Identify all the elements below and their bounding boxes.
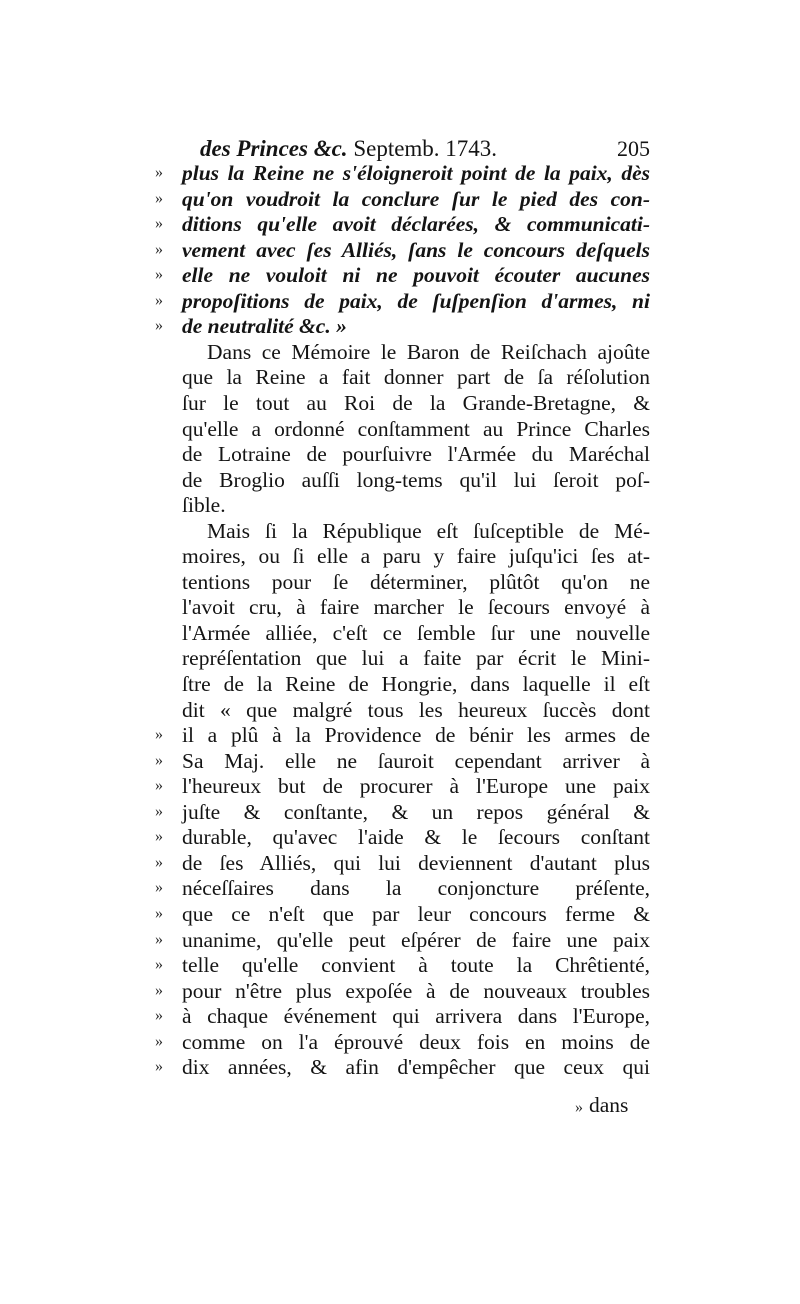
text-line: de Lotraine de pourſuivre l'Armée du Mar… bbox=[155, 441, 650, 467]
line-text: dit « que malgré tous les heureux ſuccès… bbox=[182, 697, 650, 723]
line-text: pour n'être plus expoſée à de nouveaux t… bbox=[182, 978, 650, 1004]
text-line: de Broglio auſſi long-tems qu'il lui ſer… bbox=[155, 467, 650, 493]
line-text: Dans ce Mémoire le Baron de Reiſchach aj… bbox=[207, 339, 650, 365]
line-text: qu'elle a ordonné conſtamment au Prince … bbox=[182, 416, 650, 442]
line-text: de neutralité &c. » bbox=[182, 313, 650, 339]
line-text: ditions qu'elle avoit déclarées, & commu… bbox=[182, 211, 650, 237]
text-line: l'Armée alliée, c'eſt ce ſemble ſur une … bbox=[155, 620, 650, 646]
text-line: »comme on l'a éprouvé deux fois en moins… bbox=[155, 1029, 650, 1055]
line-text: moires, ou ſi elle a paru y faire juſqu'… bbox=[182, 543, 650, 569]
text-line: repréſentation que lui a faite par écrit… bbox=[155, 645, 650, 671]
quote-marker: » bbox=[155, 978, 181, 1004]
line-text: l'heureux but de procurer à l'Europe une… bbox=[182, 773, 650, 799]
catchword-text: dans bbox=[589, 1093, 628, 1117]
line-text: Mais ſi la République eſt ſuſceptible de… bbox=[207, 518, 650, 544]
text-line: Mais ſi la République eſt ſuſceptible de… bbox=[180, 518, 650, 544]
text-line: »vement avec ſes Alliés, ſans le concour… bbox=[155, 237, 650, 263]
quote-marker: » bbox=[155, 1029, 181, 1055]
text-line: »que ce n'eſt que par leur concours ferm… bbox=[155, 901, 650, 927]
text-line: »pour n'être plus expoſée à de nouveaux … bbox=[155, 978, 650, 1004]
text-line: »ditions qu'elle avoit déclarées, & comm… bbox=[155, 211, 650, 237]
line-text: que ce n'eſt que par leur concours ferme… bbox=[182, 901, 650, 927]
line-text: l'Armée alliée, c'eſt ce ſemble ſur une … bbox=[182, 620, 650, 646]
quote-marker: » bbox=[155, 211, 181, 237]
running-title-date: Septemb. 1743. bbox=[353, 136, 497, 161]
line-text: Sa Maj. elle ne ſauroit cependant arrive… bbox=[182, 748, 650, 774]
text-line: ſible. bbox=[155, 492, 650, 518]
quote-marker: » bbox=[155, 824, 181, 850]
line-text: de Broglio auſſi long-tems qu'il lui ſer… bbox=[182, 467, 650, 493]
line-text: vement avec ſes Alliés, ſans le concours… bbox=[182, 237, 650, 263]
text-line: »telle qu'elle convient à toute la Chrêt… bbox=[155, 952, 650, 978]
text-line: »l'heureux but de procurer à l'Europe un… bbox=[155, 773, 650, 799]
quote-marker: » bbox=[155, 773, 181, 799]
text-line: Dans ce Mémoire le Baron de Reiſchach aj… bbox=[180, 339, 650, 365]
line-text: ſur le tout au Roi de la Grande-Bretagne… bbox=[182, 390, 650, 416]
text-line: »unanime, qu'elle peut eſpérer de faire … bbox=[155, 927, 650, 953]
quote-marker: » bbox=[155, 262, 181, 288]
line-text: néceſſaires dans la conjoncture préſente… bbox=[182, 875, 650, 901]
quote-marker: » bbox=[155, 186, 181, 212]
text-line: tentions pour ſe déterminer, plûtôt qu'o… bbox=[155, 569, 650, 595]
text-line: »dix années, & afin d'empêcher que ceux … bbox=[155, 1054, 650, 1080]
text-line: »elle ne vouloit ni ne pouvoit écouter a… bbox=[155, 262, 650, 288]
text-line: »de ſes Alliés, qui lui deviennent d'aut… bbox=[155, 850, 650, 876]
quote-marker: » bbox=[155, 288, 181, 314]
line-text: il a plû à la Providence de bénir les ar… bbox=[182, 722, 650, 748]
line-text: que la Reine a fait donner part de ſa ré… bbox=[182, 364, 650, 390]
line-text: ſible. bbox=[182, 492, 650, 518]
text-line: »durable, qu'avec l'aide & le ſecours co… bbox=[155, 824, 650, 850]
text-line: que la Reine a fait donner part de ſa ré… bbox=[155, 364, 650, 390]
text-line: moires, ou ſi elle a paru y faire juſqu'… bbox=[155, 543, 650, 569]
line-text: qu'on voudroit la conclure ſur le pied d… bbox=[182, 186, 650, 212]
quote-marker: » bbox=[155, 952, 181, 978]
text-line: »qu'on voudroit la conclure ſur le pied … bbox=[155, 186, 650, 212]
quote-marker: » bbox=[155, 927, 181, 953]
text-line: »Sa Maj. elle ne ſauroit cependant arriv… bbox=[155, 748, 650, 774]
line-text: tentions pour ſe déterminer, plûtôt qu'o… bbox=[182, 569, 650, 595]
text-line: »de neutralité &c. » bbox=[155, 313, 650, 339]
text-line: qu'elle a ordonné conſtamment au Prince … bbox=[155, 416, 650, 442]
text-line: ſur le tout au Roi de la Grande-Bretagne… bbox=[155, 390, 650, 416]
quote-marker: » bbox=[155, 313, 181, 339]
line-text: elle ne vouloit ni ne pouvoit écouter au… bbox=[182, 262, 650, 288]
catchword: »dans bbox=[575, 1092, 628, 1118]
text-line: l'avoit cru, à faire marcher le ſecours … bbox=[155, 594, 650, 620]
line-text: juſte & conſtante, & un repos général & bbox=[182, 799, 650, 825]
text-line: »juſte & conſtante, & un repos général & bbox=[155, 799, 650, 825]
line-text: de ſes Alliés, qui lui deviennent d'auta… bbox=[182, 850, 650, 876]
line-text: unanime, qu'elle peut eſpérer de faire u… bbox=[182, 927, 650, 953]
quote-marker: » bbox=[155, 160, 181, 186]
line-text: propoſitions de paix, de ſuſpenſion d'ar… bbox=[182, 288, 650, 314]
quote-marker: » bbox=[155, 1003, 181, 1029]
line-text: telle qu'elle convient à toute la Chrêti… bbox=[182, 952, 650, 978]
text-line: »propoſitions de paix, de ſuſpenſion d'a… bbox=[155, 288, 650, 314]
text-line: »plus la Reine ne s'éloigneroit point de… bbox=[155, 160, 650, 186]
text-line: »il a plû à la Providence de bénir les a… bbox=[155, 722, 650, 748]
line-text: dix années, & afin d'empêcher que ceux q… bbox=[182, 1054, 650, 1080]
quote-marker: » bbox=[155, 237, 181, 263]
line-text: de Lotraine de pourſuivre l'Armée du Mar… bbox=[182, 441, 650, 467]
line-text: repréſentation que lui a faite par écrit… bbox=[182, 645, 650, 671]
quote-marker: » bbox=[155, 748, 181, 774]
quote-marker: » bbox=[155, 875, 181, 901]
line-text: comme on l'a éprouvé deux fois en moins … bbox=[182, 1029, 650, 1055]
text-line: dit « que malgré tous les heureux ſuccès… bbox=[155, 697, 650, 723]
quote-marker: » bbox=[155, 850, 181, 876]
line-text: à chaque événement qui arrivera dans l'E… bbox=[182, 1003, 650, 1029]
text-line: »néceſſaires dans la conjoncture préſent… bbox=[155, 875, 650, 901]
line-text: l'avoit cru, à faire marcher le ſecours … bbox=[182, 594, 650, 620]
text-line: »à chaque événement qui arrivera dans l'… bbox=[155, 1003, 650, 1029]
line-text: durable, qu'avec l'aide & le ſecours con… bbox=[182, 824, 650, 850]
quote-marker: » bbox=[575, 1099, 583, 1116]
quote-marker: » bbox=[155, 722, 181, 748]
text-line: ſtre de la Reine de Hongrie, dans laquel… bbox=[155, 671, 650, 697]
running-title-italic: des Princes &c. bbox=[200, 136, 348, 161]
book-page: des Princes &c. Septemb. 1743. 205 »plus… bbox=[0, 0, 800, 1304]
line-text: plus la Reine ne s'éloigneroit point de … bbox=[182, 160, 650, 186]
line-text: ſtre de la Reine de Hongrie, dans laquel… bbox=[182, 671, 650, 697]
quote-marker: » bbox=[155, 901, 181, 927]
quote-marker: » bbox=[155, 1054, 181, 1080]
quote-marker: » bbox=[155, 799, 181, 825]
